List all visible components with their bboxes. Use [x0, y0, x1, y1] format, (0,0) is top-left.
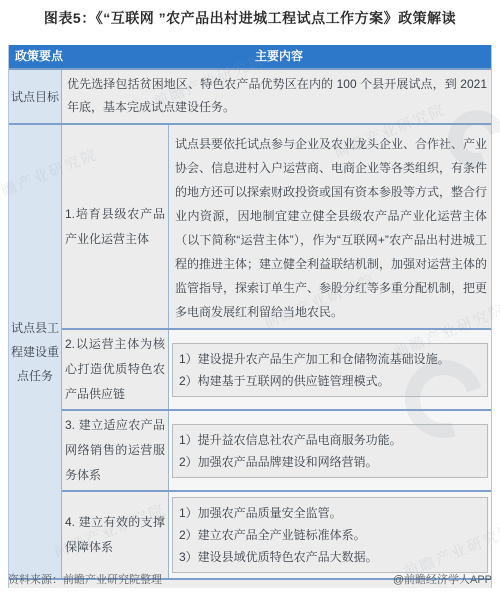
subrow2-label: 2.以运营主体为核心打造优质特色农产品供应链: [65, 332, 165, 407]
task-item: 2）建立农产品全产业链标准体系。: [179, 524, 481, 546]
tasks-subrows: 1.培育县级农产品产业化运营主体 试点县要依托试点参与企业及农业龙头企业、合作社…: [62, 125, 491, 578]
task-item: 1）加强农产品质量安全监管。: [179, 502, 481, 524]
subrow2-label-cell: 2.以运营主体为核心打造优质特色农产品供应链: [62, 330, 169, 409]
row-pilot-goal: 试点目标 优先选择包括贫困地区、特色农产品优势区在内的 100 个县开展试点，到…: [9, 68, 491, 123]
subrow3-item-list: 1）提升益农信息社农产品电商服务功能。 2）加强农产品品牌建设和网络营销。: [172, 424, 488, 478]
subrow1-label: 1.培育县级农产品产业化运营主体: [65, 202, 165, 252]
table-header-row: 政策要点 主要内容: [9, 45, 491, 68]
task-item: 2）加强农产品品牌建设和网络营销。: [179, 451, 481, 473]
task-item: 1）建设提升农产品生产加工和仓储物流基础设施。: [179, 348, 481, 370]
brand-note: @前瞻经济学人APP: [393, 571, 492, 587]
tasks-label-cell: 试点县工程建设重点任务: [9, 125, 62, 578]
subrow3-content-cell: 1）提升益农信息社农产品电商服务功能。 2）加强农产品品牌建设和网络营销。: [169, 411, 491, 490]
subrow-supply-chain: 2.以运营主体为核心打造优质特色农产品供应链 1）建设提升农产品生产加工和仓储物…: [62, 328, 491, 409]
policy-table: 政策要点 主要内容 试点目标 优先选择包括贫困地区、特色农产品优势区在内的 10…: [8, 45, 492, 588]
subrow1-label-cell: 1.培育县级农产品产业化运营主体: [62, 125, 169, 328]
header-main-content: 主要内容: [67, 45, 491, 68]
task-item: 2）构建基于互联网的供应链管理模式。: [179, 370, 481, 392]
subrow3-label-cell: 3. 建立适应农产品网络销售的运营服务体系: [62, 411, 169, 490]
subrow4-content-cell: 1）加强农产品质量安全监管。 2）建立农产品全产业链标准体系。 3）建设县域优质…: [169, 492, 491, 578]
subrow4-label: 4. 建立有效的支撑保障体系: [65, 510, 165, 560]
subrow2-content-cell: 1）建设提升农产品生产加工和仓储物流基础设施。 2）构建基于互联网的供应链管理模…: [169, 330, 491, 409]
goal-label-cell: 试点目标: [9, 70, 62, 123]
subrow2-item-list: 1）建设提升农产品生产加工和仓储物流基础设施。 2）构建基于互联网的供应链管理模…: [172, 343, 488, 397]
task-item: 1）提升益农信息社农产品电商服务功能。: [179, 429, 481, 451]
task-item: 3）建设县域优质特色农产品大数据。: [179, 546, 481, 568]
figure-title: 图表5：《“互联网 ”农产品出村进城工程试点工作方案》政策解读: [0, 8, 500, 28]
goal-content-cell: 优先选择包括贫困地区、特色农产品优势区在内的 100 个县开展试点，到 2021…: [62, 70, 491, 123]
source-note: 资料来源：前瞻产业研究院整理: [8, 571, 162, 587]
subrow4-item-list: 1）加强农产品质量安全监管。 2）建立农产品全产业链标准体系。 3）建设县域优质…: [172, 497, 488, 573]
subrow-operating-entity: 1.培育县级农产品产业化运营主体 试点县要依托试点参与企业及农业龙头企业、合作社…: [62, 125, 491, 328]
header-policy-points: 政策要点: [9, 45, 67, 68]
subrow1-content-cell: 试点县要依托试点参与企业及农业龙头企业、合作社、产业协会、信息进村入户运营商、电…: [169, 125, 491, 328]
row-key-tasks: 试点县工程建设重点任务 1.培育县级农产品产业化运营主体 试点县要依托试点参与企…: [9, 123, 491, 578]
subrow3-label: 3. 建立适应农产品网络销售的运营服务体系: [65, 413, 165, 488]
subrow-service-system: 3. 建立适应农产品网络销售的运营服务体系 1）提升益农信息社农产品电商服务功能…: [62, 409, 491, 490]
subrow-support-system: 4. 建立有效的支撑保障体系 1）加强农产品质量安全监管。 2）建立农产品全产业…: [62, 490, 491, 578]
subrow4-label-cell: 4. 建立有效的支撑保障体系: [62, 492, 169, 578]
